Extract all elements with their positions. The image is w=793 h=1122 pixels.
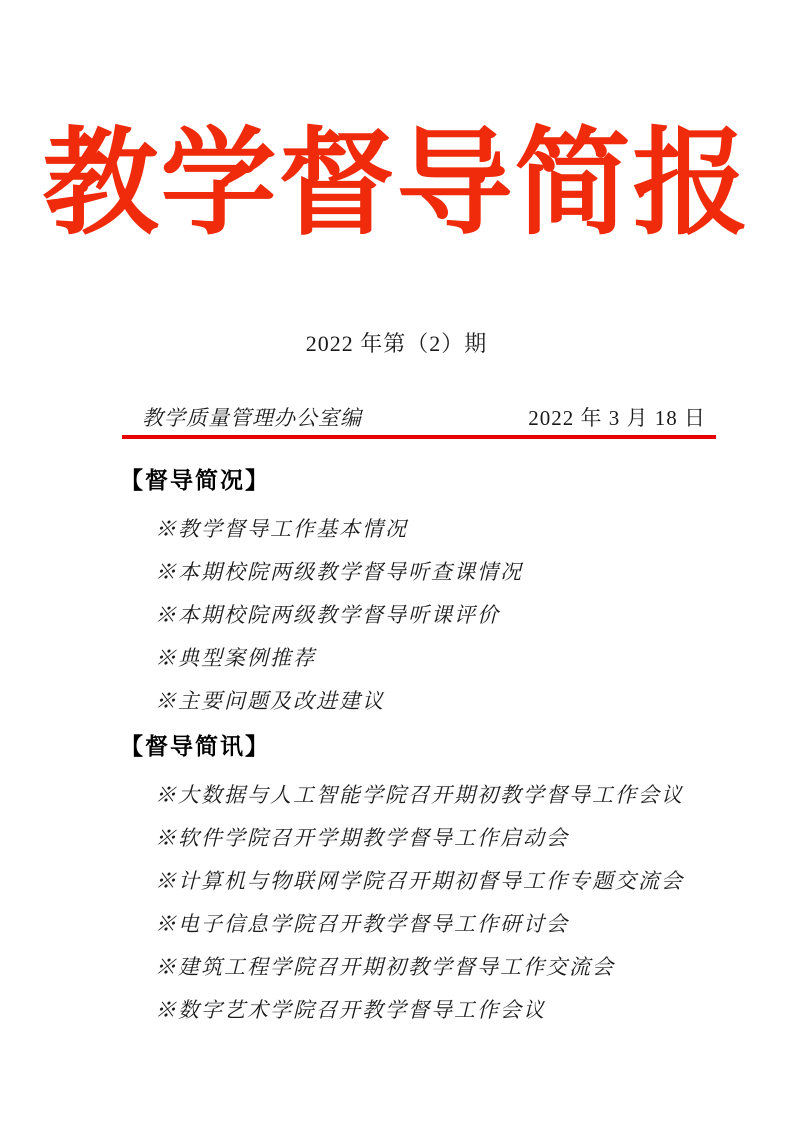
toc-item: ※软件学院召开学期教学督导工作启动会 <box>155 817 720 860</box>
overview-item-list: ※教学督导工作基本情况 ※本期校院两级教学督导听查课情况 ※本期校院两级教学督导… <box>120 508 720 723</box>
section-heading-news: 【督导简讯】 <box>120 728 720 761</box>
editor-date-row: 教学质量管理办公室编 2022 年 3 月 18 日 <box>142 402 706 432</box>
publish-date: 2022 年 3 月 18 日 <box>528 402 706 432</box>
section-supervision-news: 【督导简讯】 ※大数据与人工智能学院召开期初教学督导工作会议 ※软件学院召开学期… <box>120 728 720 1032</box>
editor-label: 教学质量管理办公室编 <box>142 402 362 432</box>
toc-item: ※大数据与人工智能学院召开期初教学督导工作会议 <box>155 774 720 817</box>
toc-item: ※主要问题及改进建议 <box>155 680 720 723</box>
toc-item: ※电子信息学院召开教学督导工作研讨会 <box>155 903 720 946</box>
bulletin-page: 教学督导简报 2022 年第（2）期 教学质量管理办公室编 2022 年 3 月… <box>0 0 793 1122</box>
section-heading-overview: 【督导简况】 <box>120 462 720 495</box>
toc-item: ※数字艺术学院召开教学督导工作会议 <box>155 989 720 1032</box>
toc-item: ※计算机与物联网学院召开期初督导工作专题交流会 <box>155 860 720 903</box>
toc-item: ※本期校院两级教学督导听查课情况 <box>155 551 720 594</box>
red-divider-rule <box>122 435 716 439</box>
news-item-list: ※大数据与人工智能学院召开期初教学督导工作会议 ※软件学院召开学期教学督导工作启… <box>120 774 720 1032</box>
toc-item: ※典型案例推荐 <box>155 637 720 680</box>
toc-item: ※本期校院两级教学督导听课评价 <box>155 594 720 637</box>
section-supervision-overview: 【督导简况】 ※教学督导工作基本情况 ※本期校院两级教学督导听查课情况 ※本期校… <box>120 462 720 723</box>
toc-item: ※教学督导工作基本情况 <box>155 508 720 551</box>
toc-item: ※建筑工程学院召开期初教学督导工作交流会 <box>155 946 720 989</box>
bulletin-title: 教学督导简报 <box>0 108 793 258</box>
issue-number-line: 2022 年第（2）期 <box>0 327 793 358</box>
